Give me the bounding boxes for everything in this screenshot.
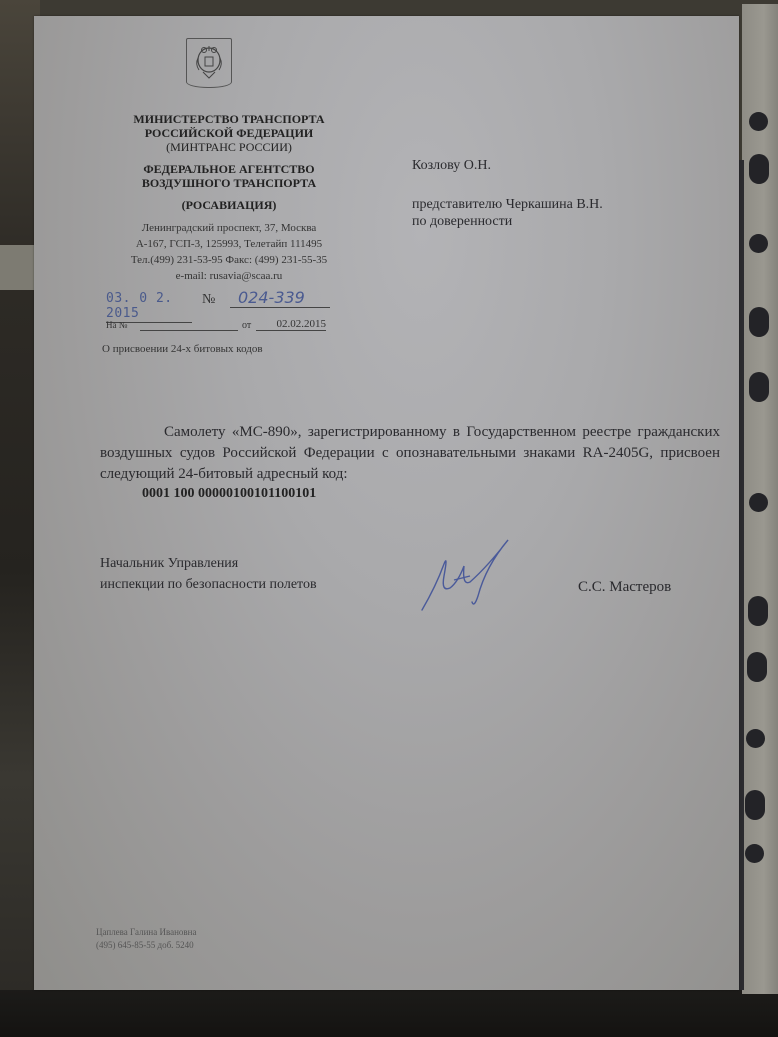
binder-sleeve: [742, 4, 778, 994]
sender-address: Ленинградский проспект, 37, Москва А-167…: [94, 220, 364, 284]
signatory-title-line: инспекции по безопасности полетов: [100, 574, 317, 595]
sender-letterhead: МИНИСТЕРСТВО ТРАНСПОРТА РОССИЙСКОЙ ФЕДЕР…: [94, 112, 364, 284]
number-label: №: [202, 292, 215, 308]
aircraft-address-code: 0001 100 00000100101100101: [142, 486, 316, 502]
handwritten-signature-icon: [414, 536, 524, 621]
executor-info: Цаплева Галина Ивановна (495) 645-85-55 …: [96, 926, 196, 952]
reply-to-field: [140, 330, 238, 331]
binder-hole: [746, 729, 765, 748]
binder-hole: [745, 790, 765, 820]
reply-to-date: 02.02.2015: [256, 318, 326, 331]
recipient-role: представителю Черкашина В.Н.: [412, 196, 603, 213]
address-line: Ленинградский проспект, 37, Москва: [94, 220, 364, 236]
binder-hole: [747, 652, 767, 682]
coat-of-arms-icon: [186, 38, 232, 88]
agency-name: ВОЗДУШНОГО ТРАНСПОРТА: [94, 176, 364, 190]
signatory-title-line: Начальник Управления: [100, 553, 317, 574]
binder-hole: [748, 596, 768, 626]
ministry-name: МИНИСТЕРСТВО ТРАНСПОРТА: [94, 112, 364, 126]
background-bottom: [0, 990, 778, 1037]
letter-page: МИНИСТЕРСТВО ТРАНСПОРТА РОССИЙСКОЙ ФЕДЕР…: [34, 16, 739, 990]
address-line: А-167, ГСП-3, 125993, Телетайп 111495: [94, 236, 364, 252]
background-object: [0, 245, 36, 290]
email-line: e-mail: rusavia@scaa.ru: [94, 268, 364, 284]
binder-hole: [749, 112, 768, 131]
executor-name: Цаплева Галина Ивановна: [96, 926, 196, 939]
binder-hole: [749, 234, 768, 253]
letter-body: Самолету «МС-890», зарегистрированному в…: [100, 422, 720, 485]
registration-number: 024-339: [230, 288, 330, 308]
ministry-short-name: (МИНТРАНС РОССИИ): [94, 140, 364, 154]
executor-phone: (495) 645-85-55 доб. 5240: [96, 939, 196, 952]
registration-date-stamp: 03. 0 2. 2015: [106, 291, 192, 323]
binder-hole: [749, 493, 768, 512]
signatory-name: С.С. Мастеров: [578, 579, 671, 596]
agency-short-name: (РОСАВИАЦИЯ): [94, 198, 364, 212]
recipient-authority: по доверенности: [412, 213, 603, 230]
ministry-name: РОССИЙСКОЙ ФЕДЕРАЦИИ: [94, 126, 364, 140]
binder-hole: [749, 154, 769, 184]
binder-hole: [745, 844, 764, 863]
recipient-name: Козлову О.Н.: [412, 157, 603, 174]
binder-hole: [749, 372, 769, 402]
phone-fax-line: Тел.(499) 231-53-95 Факс: (499) 231-55-3…: [94, 252, 364, 268]
letter-subject: О присвоении 24-х битовых кодов: [102, 343, 263, 355]
reply-to-label: На №: [106, 320, 127, 330]
from-label: от: [242, 320, 251, 331]
binder-hole: [749, 307, 769, 337]
signatory-title: Начальник Управления инспекции по безопа…: [100, 553, 317, 595]
recipient-block: Козлову О.Н. представителю Черкашина В.Н…: [412, 157, 603, 230]
agency-name: ФЕДЕРАЛЬНОЕ АГЕНТСТВО: [94, 162, 364, 176]
